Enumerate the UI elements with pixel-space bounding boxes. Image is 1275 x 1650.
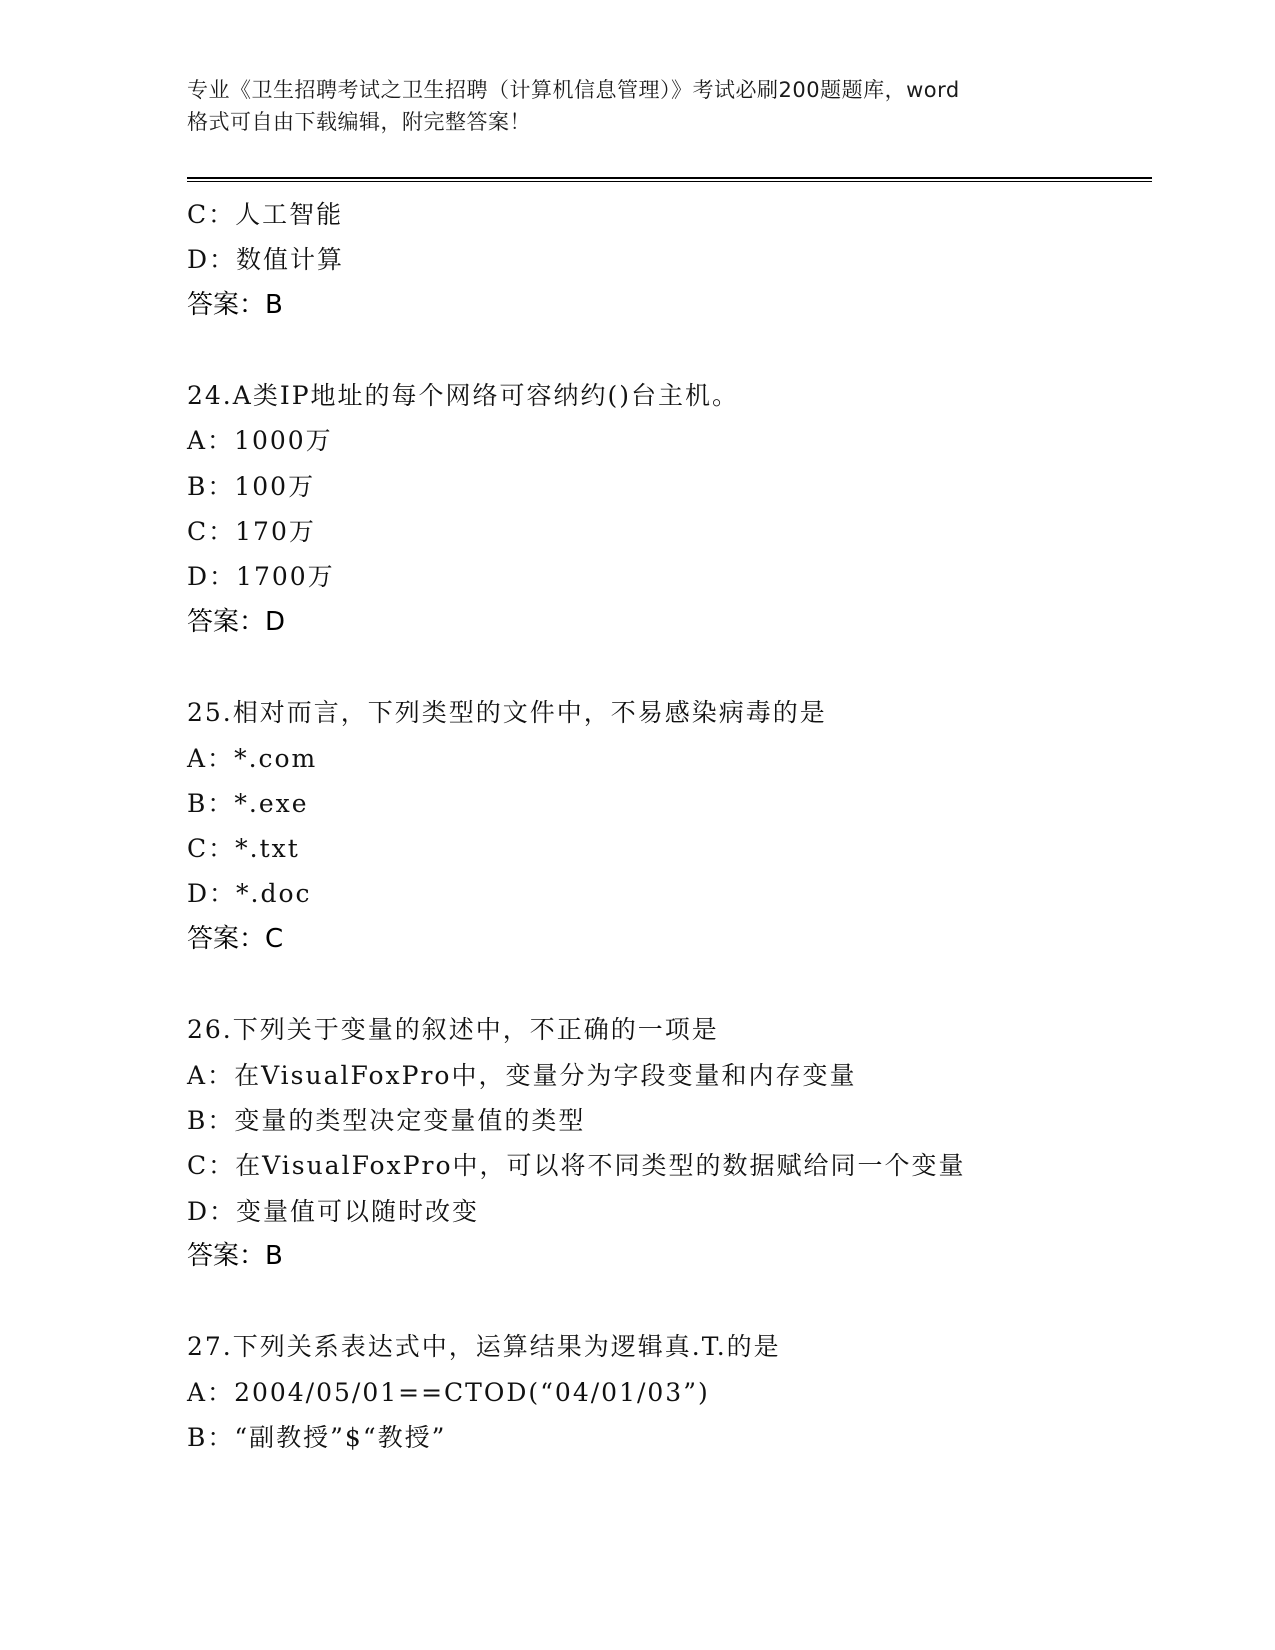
header-title-line-1: 专业《卫生招聘考试之卫生招聘（计算机信息管理）》考试必刷200题题库，word — [187, 74, 1087, 106]
option-d: D：变量值可以随时改变 — [187, 1189, 1152, 1234]
option-c: C：*.txt — [187, 826, 1152, 871]
question-block-partial: C：人工智能 D：数值计算 答案：B — [187, 192, 1152, 328]
question-block-24: 24.A类IP地址的每个网络可容纳约()台主机。 A：1000万 B：100万 … — [187, 373, 1152, 645]
answer-line: 答案：B — [187, 1234, 1152, 1279]
question-title: 24.A类IP地址的每个网络可容纳约()台主机。 — [187, 373, 1152, 418]
option-d: D：1700万 — [187, 554, 1152, 599]
question-block-25: 25.相对而言，下列类型的文件中，不易感染病毒的是 A：*.com B：*.ex… — [187, 690, 1152, 962]
option-c: C：在VisualFoxPro中，可以将不同类型的数据赋给同一个变量 — [187, 1143, 1152, 1188]
answer-line: 答案：C — [187, 917, 1152, 962]
question-title: 27.下列关系表达式中，运算结果为逻辑真.T.的是 — [187, 1324, 1152, 1369]
question-block-26: 26.下列关于变量的叙述中，不正确的一项是 A：在VisualFoxPro中，变… — [187, 1007, 1152, 1279]
question-title: 25.相对而言，下列类型的文件中，不易感染病毒的是 — [187, 690, 1152, 735]
answer-line: 答案：D — [187, 600, 1152, 645]
option-a: A：*.com — [187, 736, 1152, 781]
option-a: A：在VisualFoxPro中，变量分为字段变量和内存变量 — [187, 1053, 1152, 1098]
answer-line: 答案：B — [187, 283, 1152, 328]
option-a: A：2004/05/01==CTOD(“04/01/03”) — [187, 1370, 1152, 1415]
header-divider-thick — [187, 177, 1152, 179]
option-b: B：“副教授”$“教授” — [187, 1415, 1152, 1460]
option-b: B：变量的类型决定变量值的类型 — [187, 1098, 1152, 1143]
document-page: 专业《卫生招聘考试之卫生招聘（计算机信息管理）》考试必刷200题题库，word … — [0, 0, 1275, 1650]
option-d: D：*.doc — [187, 871, 1152, 916]
option-a: A：1000万 — [187, 418, 1152, 463]
header-divider-thin — [187, 181, 1152, 182]
option-d: D：数值计算 — [187, 237, 1152, 282]
question-block-27: 27.下列关系表达式中，运算结果为逻辑真.T.的是 A：2004/05/01==… — [187, 1324, 1152, 1460]
option-c: C：170万 — [187, 509, 1152, 554]
option-b: B：100万 — [187, 464, 1152, 509]
option-c: C：人工智能 — [187, 192, 1152, 237]
document-header: 专业《卫生招聘考试之卫生招聘（计算机信息管理）》考试必刷200题题库，word … — [187, 74, 1087, 138]
header-title-line-2: 格式可自由下载编辑，附完整答案！ — [187, 106, 1087, 138]
question-title: 26.下列关于变量的叙述中，不正确的一项是 — [187, 1007, 1152, 1052]
option-b: B：*.exe — [187, 781, 1152, 826]
question-list: C：人工智能 D：数值计算 答案：B 24.A类IP地址的每个网络可容纳约()台… — [187, 192, 1152, 1460]
